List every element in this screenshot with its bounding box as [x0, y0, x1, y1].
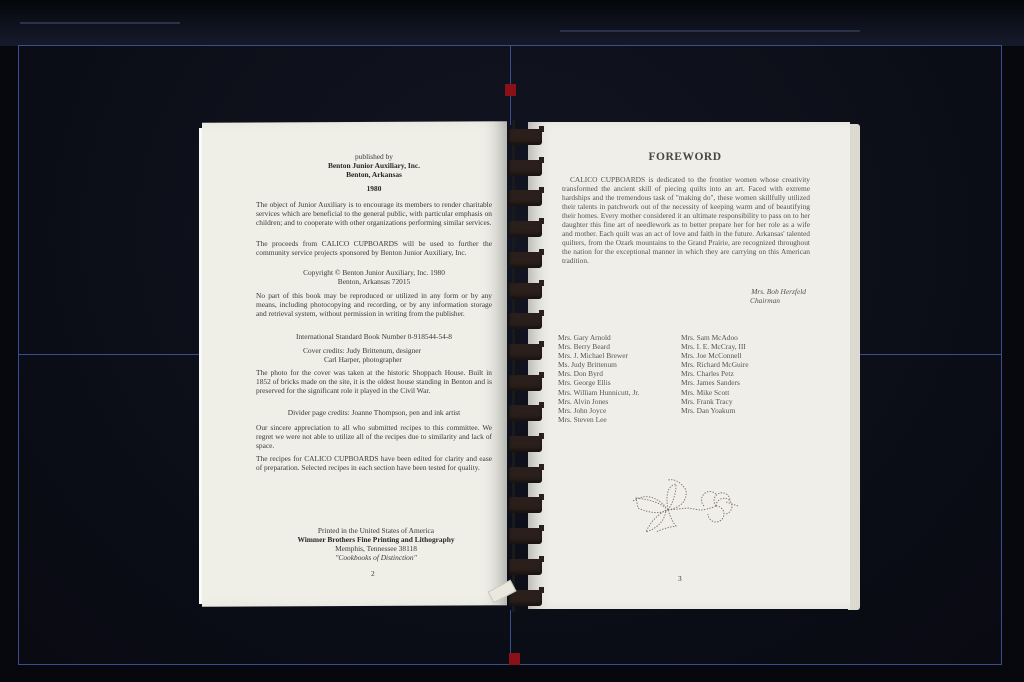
- binding-coil: [509, 436, 542, 452]
- committee-member: Mrs. William Hunnicutt, Jr.: [558, 388, 639, 397]
- committee-member: Mrs. J. Michael Brewer: [558, 351, 639, 360]
- publication-year: 1980: [250, 184, 498, 193]
- committee-member: Mrs. Don Byrd: [558, 369, 639, 378]
- photo-paragraph: The photo for the cover was taken at the…: [256, 368, 492, 395]
- registration-marker-bottom: [509, 653, 520, 665]
- signature-name: Mrs. Bob Herzfeld: [700, 287, 806, 296]
- committee-member: Mrs. Mike Scott: [681, 388, 749, 397]
- publisher-block: published by Benton Junior Auxiliary, In…: [250, 152, 498, 193]
- quilting-ornament-icon: [628, 470, 748, 540]
- binding-coil: [509, 559, 542, 575]
- foreword-paragraph: CALICO CUPBOARDS is dedicated to the fro…: [562, 175, 810, 265]
- signature-block: Mrs. Bob Herzfeld Chairman: [700, 287, 806, 305]
- signature-title: Chairman: [700, 296, 806, 305]
- printer-location: Memphis, Tennessee 38118: [250, 544, 502, 553]
- divider-credits: Divider page credits: Joanne Thompson, p…: [250, 408, 498, 417]
- published-by: published by: [250, 152, 498, 161]
- appreciation-paragraph: Our sincere appreciation to all who subm…: [256, 423, 492, 450]
- committee-member: Mrs. Sam McAdoo: [681, 333, 749, 342]
- copyright-block: Copyright © Benton Junior Auxiliary, Inc…: [250, 268, 498, 286]
- binding-coil: [509, 497, 542, 513]
- printer-block: Printed in the United States of America …: [250, 526, 502, 562]
- foreword-title: FOREWORD: [560, 153, 810, 162]
- committee-member: Mrs. Gary Arnold: [558, 333, 639, 342]
- binding-coil: [509, 283, 542, 299]
- binding-coil: [509, 313, 542, 329]
- printer-slogan: "Cookbooks of Distinction": [250, 553, 502, 562]
- publisher-name: Benton Junior Auxiliary, Inc.: [250, 161, 498, 170]
- binding-coil: [509, 467, 542, 483]
- committee-member: Mrs. Alvin Jones: [558, 397, 639, 406]
- copyright-line: Copyright © Benton Junior Auxiliary, Inc…: [250, 268, 498, 277]
- committee-member: Mrs. James Sanders: [681, 378, 749, 387]
- binding-coil: [509, 405, 542, 421]
- printer-name: Wimmer Brothers Fine Printing and Lithog…: [250, 535, 502, 544]
- cover-designer: Cover credits: Judy Brittenum, designer: [303, 346, 503, 355]
- binding-coil: [509, 221, 542, 237]
- binding-coil: [509, 252, 542, 268]
- binding-coil: [509, 190, 542, 206]
- binding-coil: [509, 129, 542, 145]
- isbn: International Standard Book Number 0-918…: [250, 332, 498, 341]
- committee-member: Ms. Judy Brittenum: [558, 360, 639, 369]
- scan-glint: [560, 30, 860, 32]
- object-paragraph: The object of Junior Auxiliary is to enc…: [256, 200, 492, 227]
- page-number-right: 3: [678, 574, 682, 583]
- proceeds-paragraph: The proceeds from CALICO CUPBOARDS will …: [256, 239, 492, 257]
- committee-member: Mrs. Dan Yoakum: [681, 406, 749, 415]
- rights-paragraph: No part of this book may be reproduced o…: [256, 291, 492, 318]
- publisher-location: Benton, Arkansas: [250, 170, 498, 179]
- binding-coil: [509, 160, 542, 176]
- binding-coil: [509, 344, 542, 360]
- guide-line-right: [860, 354, 1002, 355]
- committee-member: Mrs. George Ellis: [558, 378, 639, 387]
- scan-glint: [20, 22, 180, 24]
- committee-member: Mrs. John Joyce: [558, 406, 639, 415]
- page-number-left: 2: [371, 569, 375, 578]
- cover-credits: Cover credits: Judy Brittenum, designer …: [303, 346, 503, 364]
- committee-list-right: Mrs. Sam McAdooMrs. I. E. McCray, IIIMrs…: [681, 333, 749, 415]
- binding-coil: [509, 375, 542, 391]
- committee-member: Mrs. Charles Petz: [681, 369, 749, 378]
- committee-member: Mrs. Joe McConnell: [681, 351, 749, 360]
- committee-member: Mrs. Berry Beard: [558, 342, 639, 351]
- committee-member: Mrs. Richard McGuire: [681, 360, 749, 369]
- printed-in: Printed in the United States of America: [250, 526, 502, 535]
- guide-line-left: [18, 354, 203, 355]
- scanner-top-band: [0, 0, 1024, 46]
- binding-coil: [509, 528, 542, 544]
- copyright-address: Benton, Arkansas 72015: [250, 277, 498, 286]
- edited-paragraph: The recipes for CALICO CUPBOARDS have be…: [256, 454, 492, 472]
- committee-list-left: Mrs. Gary ArnoldMrs. Berry BeardMrs. J. …: [558, 333, 639, 424]
- registration-marker-top: [505, 84, 516, 96]
- committee-member: Mrs. Steven Lee: [558, 415, 639, 424]
- committee-member: Mrs. I. E. McCray, III: [681, 342, 749, 351]
- cover-photographer: Carl Harper, photographer: [303, 355, 503, 364]
- committee-member: Mrs. Frank Tracy: [681, 397, 749, 406]
